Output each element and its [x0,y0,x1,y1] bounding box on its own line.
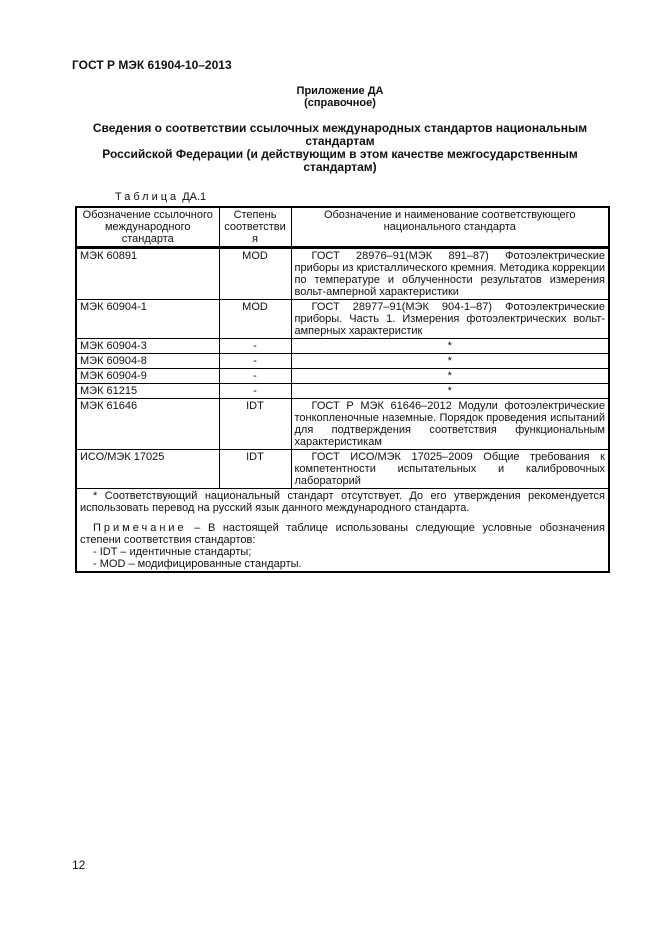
cell-national: * [291,384,609,399]
cell-national: ГОСТ 28976–91(МЭК 891–87) Фотоэлектричес… [291,248,609,300]
page-title-line-2: Российской Федерации (и действующим в эт… [72,148,608,174]
cell-degree: MOD [219,248,291,300]
table-row: МЭК 61646 IDT ГОСТ Р МЭК 61646–2012 Моду… [76,399,609,450]
cell-degree: - [219,369,291,384]
cell-degree: - [219,354,291,369]
col-header-degree: Степень соответствия [219,207,291,248]
correspondence-table: Обозначение ссылочного международного ст… [75,206,610,573]
footnote-cell: * Соответствующий национальный стандарт … [76,489,609,573]
table-body: МЭК 60891 MOD ГОСТ 28976–91(МЭК 891–87) … [76,248,609,489]
note-label: Примечание [93,522,187,534]
cell-national: * [291,339,609,354]
note-item-mod: - MOD – модифицированные стандарты. [80,558,605,570]
table-row: МЭК 60904-9 - * [76,369,609,384]
table-row: МЭК 60904-1 MOD ГОСТ 28977–91(МЭК 904-1–… [76,300,609,339]
cell-degree: - [219,339,291,354]
cell-reference: ИСО/МЭК 17025 [76,450,219,489]
page-title: Сведения о соответствии ссылочных междун… [72,122,608,174]
cell-reference: МЭК 60904-1 [76,300,219,339]
appendix-title: Приложение ДА [72,85,608,97]
cell-reference: МЭК 60891 [76,248,219,300]
cell-national: ГОСТ Р МЭК 61646–2012 Модули фотоэлектри… [291,399,609,450]
cell-national: * [291,369,609,384]
table-note: Примечание – В настоящей таблице использ… [80,522,605,546]
table-header: Обозначение ссылочного международного ст… [76,207,609,248]
cell-reference: МЭК 61215 [76,384,219,399]
table-row: МЭК 60904-3 - * [76,339,609,354]
cell-reference: МЭК 60904-9 [76,369,219,384]
cell-degree: IDT [219,399,291,450]
table-caption-number: ДА.1 [182,191,206,203]
document-page: ГОСТ Р МЭК 61904-10–2013 Приложение ДА (… [0,0,661,935]
table-footer-block: * Соответствующий национальный стандарт … [76,489,609,573]
page-title-line-1: Сведения о соответствии ссылочных междун… [72,122,608,148]
cell-reference: МЭК 61646 [76,399,219,450]
cell-degree: MOD [219,300,291,339]
cell-reference: МЭК 60904-8 [76,354,219,369]
col-header-reference-standard: Обозначение ссылочного международного ст… [76,207,219,248]
cell-degree: IDT [219,450,291,489]
footnote-row: * Соответствующий национальный стандарт … [76,489,609,573]
page-content: ГОСТ Р МЭК 61904-10–2013 Приложение ДА (… [72,58,608,573]
table-caption-word: Таблица [115,191,179,203]
note-item-idt: - IDT – идентичные стандарты; [80,546,605,558]
col-header-national-standard: Обозначение и наименование соответствующ… [291,207,609,248]
table-footnote: * Соответствующий национальный стандарт … [80,490,605,514]
document-number: ГОСТ Р МЭК 61904-10–2013 [72,58,608,72]
cell-reference: МЭК 60904-3 [76,339,219,354]
table-caption: Таблица ДА.1 [115,191,608,203]
table-row: МЭК 60904-8 - * [76,354,609,369]
appendix-subtitle: (справочное) [72,97,608,109]
page-number: 12 [72,858,85,872]
cell-national: ГОСТ 28977–91(МЭК 904-1–87) Фотоэлектрич… [291,300,609,339]
table-row: МЭК 61215 - * [76,384,609,399]
cell-degree: - [219,384,291,399]
table-header-row: Обозначение ссылочного международного ст… [76,207,609,248]
table-row: ИСО/МЭК 17025 IDT ГОСТ ИСО/МЭК 17025–200… [76,450,609,489]
cell-national: ГОСТ ИСО/МЭК 17025–2009 Общие требования… [291,450,609,489]
table-row: МЭК 60891 MOD ГОСТ 28976–91(МЭК 891–87) … [76,248,609,300]
cell-national: * [291,354,609,369]
